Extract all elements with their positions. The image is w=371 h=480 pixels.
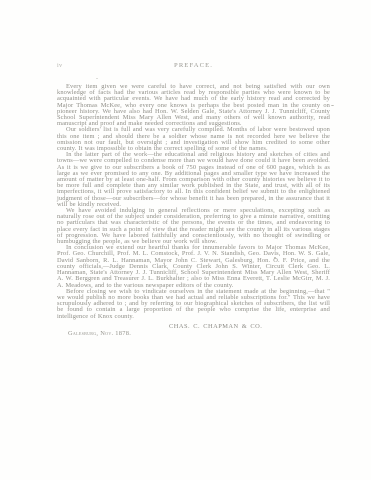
preface-body: Every item given we were careful to have… bbox=[57, 84, 330, 344]
preface-paragraph-6: Before closing we wish to vindicate ours… bbox=[57, 289, 330, 320]
preface-paragraph-3: In the latter part of the work—the educa… bbox=[57, 152, 330, 208]
publisher-signature: CHAS. C. CHAPMAN & CO. bbox=[169, 323, 262, 330]
preface-paragraph-2: Our soldiers' list is full and was very … bbox=[57, 127, 330, 152]
place-date-line: Galesburg, Nov. 1878. bbox=[68, 330, 131, 337]
scanned-book-page: iv PREFACE. Every item given we were car… bbox=[0, 0, 371, 480]
preface-paragraph-5: In conclusion we extend our heartful tha… bbox=[57, 245, 330, 288]
running-head: PREFACE. bbox=[57, 62, 330, 69]
page-sheet: iv PREFACE. Every item given we were car… bbox=[0, 0, 371, 480]
preface-paragraph-4: We have avoided indulging in general ref… bbox=[57, 208, 330, 245]
scan-speck bbox=[274, 257, 276, 259]
page-header: iv PREFACE. bbox=[57, 62, 330, 72]
closing-block: CHAS. C. CHAPMAN & CO. Galesburg, Nov. 1… bbox=[57, 322, 330, 344]
scan-speck bbox=[96, 78, 98, 79]
preface-paragraph-1: Every item given we were careful to have… bbox=[57, 84, 330, 127]
scan-speck bbox=[331, 105, 334, 106]
